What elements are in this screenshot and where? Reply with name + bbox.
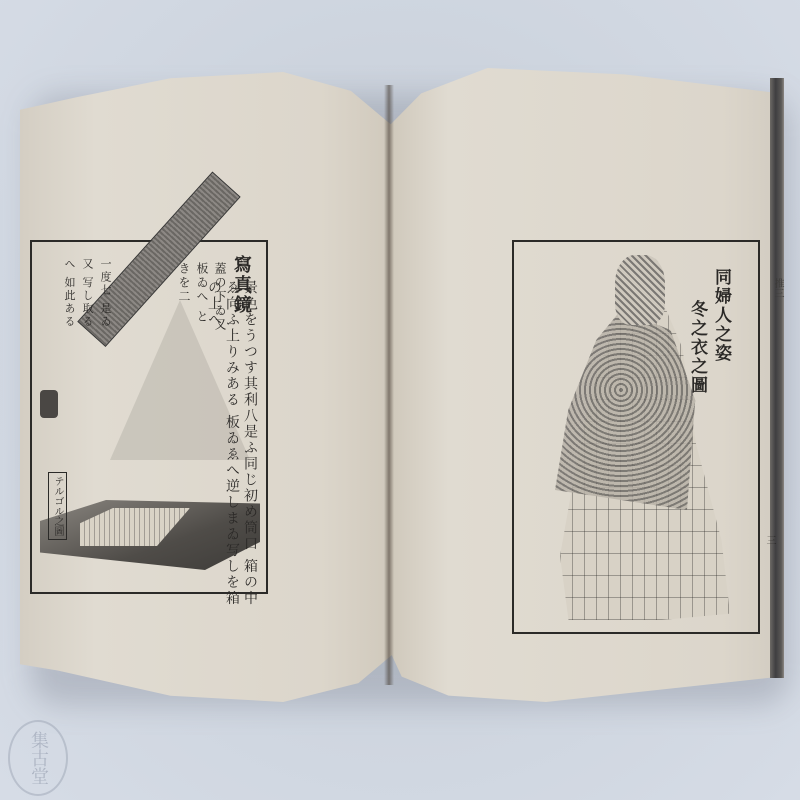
seal-watermark: 集古堂 <box>8 720 68 796</box>
book-gutter <box>384 85 394 685</box>
figure-label: テルゴル之圖 <box>48 472 67 540</box>
margin-mark: 推三 <box>770 278 785 298</box>
page-number: 三 <box>762 535 777 545</box>
left-note: 一度七 是ゐ又 写し取るへ 如此ある <box>60 258 114 338</box>
right-page-title-2: 冬之衣之圖 <box>686 300 708 395</box>
right-page-title-1: 同婦人之姿 <box>710 268 732 363</box>
page-stack-edge <box>770 78 784 678</box>
open-book: 寫真鏡 景色をうつす其利八是ふ同じ初め筒口 箱の中ゑ向ふ上りみある 板ゐゑへ逆し… <box>0 0 800 800</box>
lens-illustration <box>40 390 58 418</box>
bonnet-illustration <box>615 255 665 325</box>
left-side-note: 蓋の下ゐ又板ゐへ ときを二 <box>175 262 229 332</box>
